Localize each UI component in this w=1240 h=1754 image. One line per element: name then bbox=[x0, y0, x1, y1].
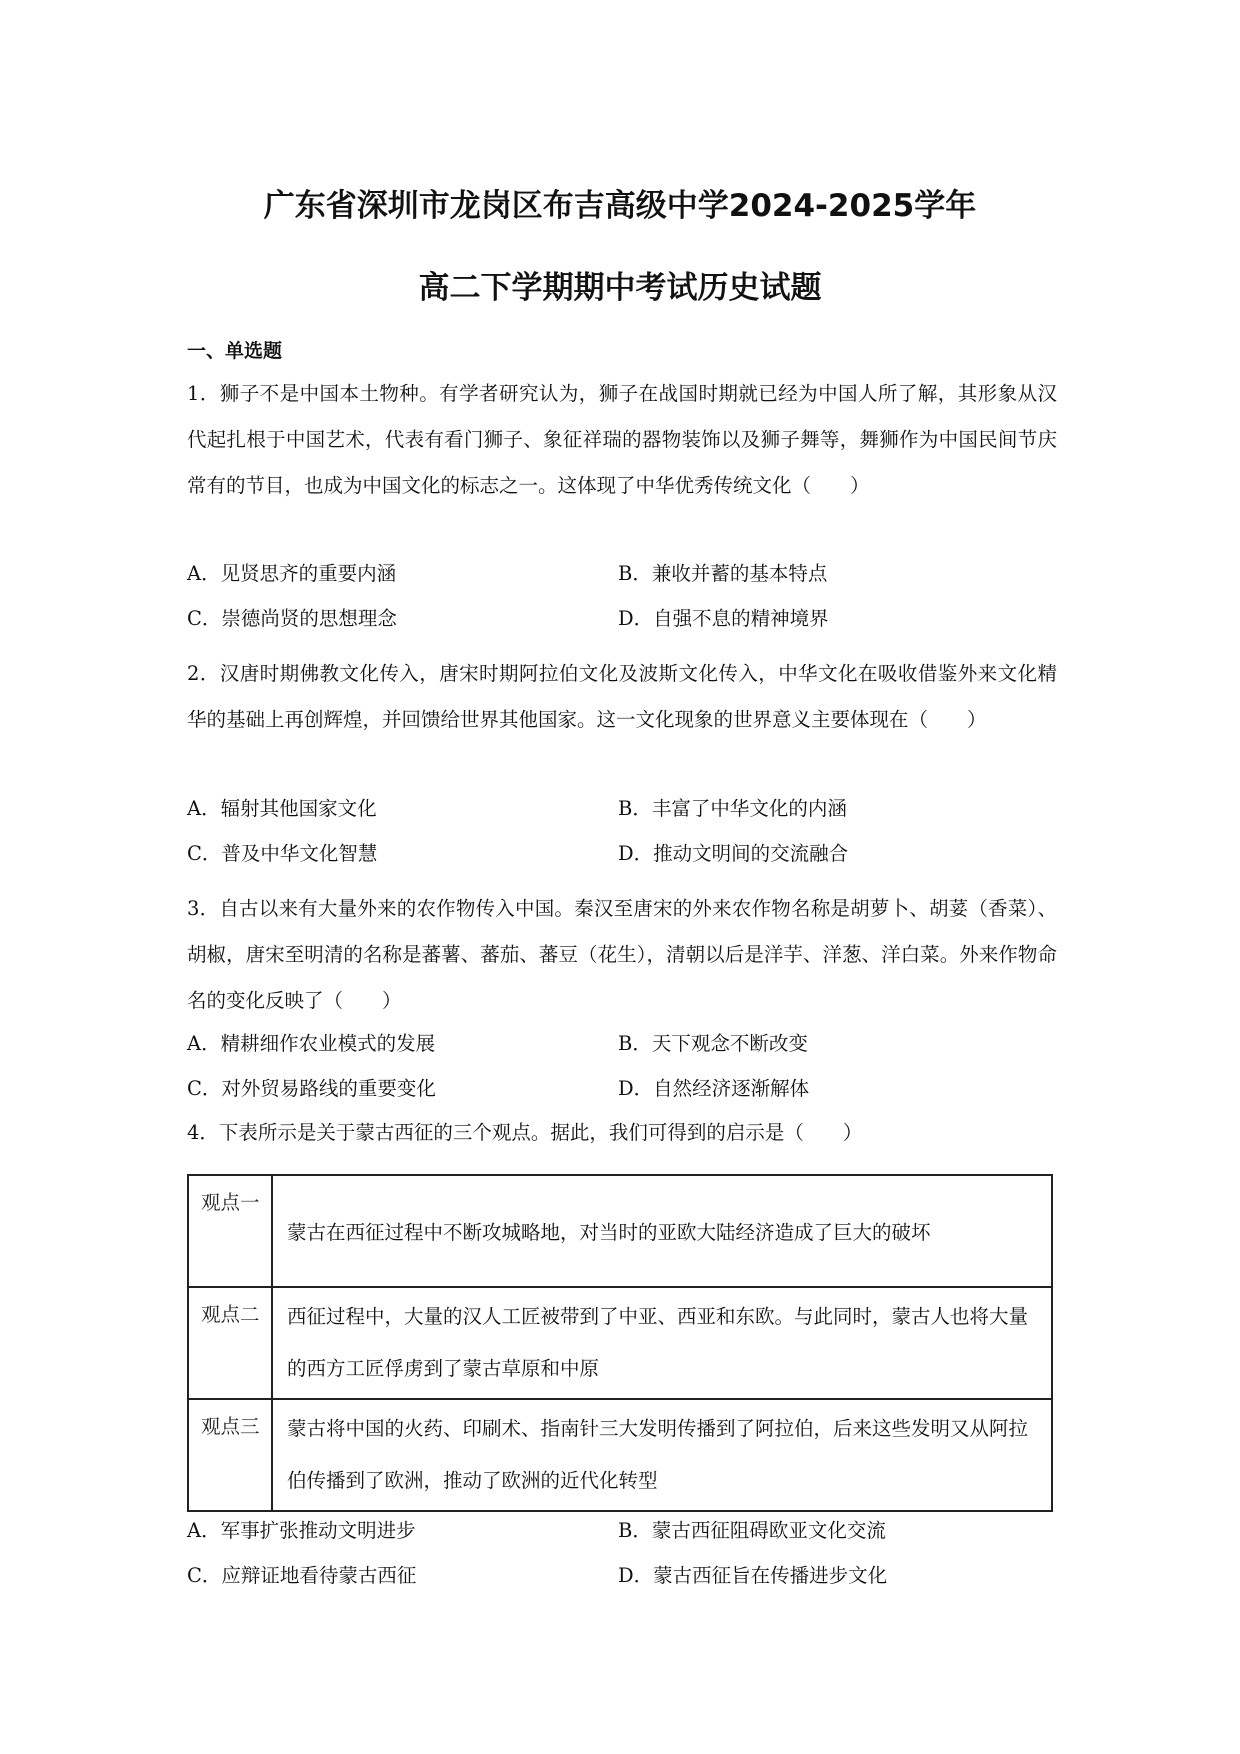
question-1-stem: 1．狮子不是中国本土物种。有学者研究认为，狮子在战国时期就已经为中国人所了解，其… bbox=[187, 371, 1057, 509]
question-1-option-b: B．兼收并蓄的基本特点 bbox=[618, 562, 827, 586]
question-3-option-b: B．天下观念不断改变 bbox=[618, 1032, 808, 1056]
question-1-option-d: D．自强不息的精神境界 bbox=[618, 607, 829, 631]
viewpoint-label: 观点二 bbox=[188, 1287, 272, 1399]
document-title-line2: 高二下学期期中考试历史试题 bbox=[0, 262, 1240, 307]
question-3-option-c: C．对外贸易路线的重要变化 bbox=[187, 1077, 436, 1101]
table-row: 观点三 蒙古将中国的火药、印刷术、指南针三大发明传播到了阿拉伯，后来这些发明又从… bbox=[188, 1399, 1052, 1511]
viewpoint-text: 西征过程中，大量的汉人工匠被带到了中亚、西亚和东欧。与此同时，蒙古人也将大量的西… bbox=[272, 1287, 1052, 1399]
viewpoint-text: 蒙古在西征过程中不断攻城略地，对当时的亚欧大陆经济造成了巨大的破坏 bbox=[272, 1175, 1052, 1287]
section-heading: 一、单选题 bbox=[187, 336, 282, 363]
table-row: 观点二 西征过程中，大量的汉人工匠被带到了中亚、西亚和东欧。与此同时，蒙古人也将… bbox=[188, 1287, 1052, 1399]
question-1-option-a: A．见贤思齐的重要内涵 bbox=[187, 562, 396, 586]
viewpoint-label: 观点三 bbox=[188, 1399, 272, 1511]
question-4-option-b: B．蒙古西征阻碍欧亚文化交流 bbox=[618, 1519, 886, 1543]
viewpoint-label: 观点一 bbox=[188, 1175, 272, 1287]
question-3-option-a: A．精耕细作农业模式的发展 bbox=[187, 1032, 435, 1056]
question-2-option-a: A．辐射其他国家文化 bbox=[187, 797, 377, 821]
question-2-option-b: B．丰富了中华文化的内涵 bbox=[618, 797, 847, 821]
question-4-option-c: C．应辩证地看待蒙古西征 bbox=[187, 1564, 416, 1588]
document-title-line1: 广东省深圳市龙岗区布吉高级中学2024-2025学年 bbox=[0, 180, 1240, 225]
question-4-option-d: D．蒙古西征旨在传播进步文化 bbox=[618, 1564, 887, 1588]
viewpoint-text: 蒙古将中国的火药、印刷术、指南针三大发明传播到了阿拉伯，后来这些发明又从阿拉伯传… bbox=[272, 1399, 1052, 1511]
question-2-stem: 2．汉唐时期佛教文化传入，唐宋时期阿拉伯文化及波斯文化传入，中华文化在吸收借鉴外… bbox=[187, 651, 1057, 743]
viewpoints-table: 观点一 蒙古在西征过程中不断攻城略地，对当时的亚欧大陆经济造成了巨大的破坏 观点… bbox=[187, 1174, 1053, 1512]
table-row: 观点一 蒙古在西征过程中不断攻城略地，对当时的亚欧大陆经济造成了巨大的破坏 bbox=[188, 1175, 1052, 1287]
question-2-option-d: D．推动文明间的交流融合 bbox=[618, 842, 848, 866]
question-1-option-c: C．崇德尚贤的思想理念 bbox=[187, 607, 397, 631]
question-4-stem: 4．下表所示是关于蒙古西征的三个观点。据此，我们可得到的启示是（ ） bbox=[187, 1121, 862, 1145]
question-3-option-d: D．自然经济逐渐解体 bbox=[618, 1077, 809, 1101]
question-3-stem: 3．自古以来有大量外来的农作物传入中国。秦汉至唐宋的外来农作物名称是胡萝卜、胡荽… bbox=[187, 886, 1057, 1024]
question-2-option-c: C．普及中华文化智慧 bbox=[187, 842, 377, 866]
question-4-option-a: A．军事扩张推动文明进步 bbox=[187, 1519, 416, 1543]
